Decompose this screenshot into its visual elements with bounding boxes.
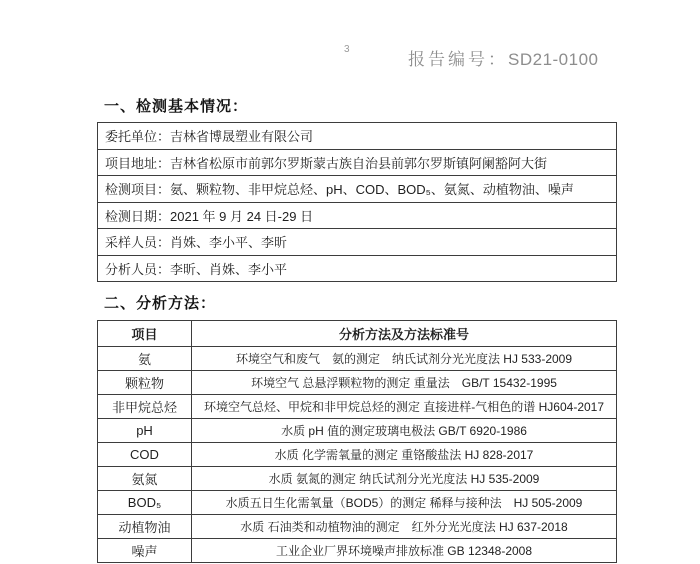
table-row: BOD₅ 水质五日生化需氧量（BOD5）的测定 稀释与接种法 HJ 505-20… [98, 491, 617, 515]
section-analysis-methods-heading: 二、分析方法： [104, 292, 216, 313]
analysis-methods-table: 项目 分析方法及方法标准号 氨 环境空气和废气 氨的测定 纳氏试剂分光光度法 H… [97, 320, 617, 563]
table-row: 噪声 工业企业厂界环境噪声排放标准 GB 12348-2008 [98, 539, 617, 563]
table-row: 氨 环境空气和废气 氨的测定 纳氏试剂分光光度法 HJ 533-2009 [98, 347, 617, 371]
table-row: 项目地址：吉林省松原市前郭尔罗斯蒙古族自治县前郭尔罗斯镇阿阑豁阿大街 [98, 149, 617, 176]
basic-info-cell: 采样人员：肖姝、李小平、李昕 [98, 229, 617, 256]
method-item-cell: 噪声 [98, 539, 192, 563]
table-row: 检测项目：氨、颗粒物、非甲烷总烃、pH、COD、BOD₅、氨氮、动植物油、噪声 [98, 176, 617, 203]
method-item-cell: 颗粒物 [98, 371, 192, 395]
basic-info-cell: 检测项目：氨、颗粒物、非甲烷总烃、pH、COD、BOD₅、氨氮、动植物油、噪声 [98, 176, 617, 203]
table-row: COD 水质 化学需氧量的测定 重铬酸盐法 HJ 828-2017 [98, 443, 617, 467]
method-item-cell: pH [98, 419, 192, 443]
basic-info-table: 委托单位：吉林省博晟塑业有限公司 项目地址：吉林省松原市前郭尔罗斯蒙古族自治县前… [97, 122, 617, 282]
table-row: 检测日期：2021 年 9 月 24 日-29 日 [98, 202, 617, 229]
method-item-cell: COD [98, 443, 192, 467]
method-desc-cell: 水质 氨氮的测定 纳氏试剂分光光度法 HJ 535-2009 [192, 467, 617, 491]
method-item-cell: 非甲烷总烃 [98, 395, 192, 419]
method-item-cell: 动植物油 [98, 515, 192, 539]
table-row: 委托单位：吉林省博晟塑业有限公司 [98, 123, 617, 150]
table-row: 氨氮 水质 氨氮的测定 纳氏试剂分光光度法 HJ 535-2009 [98, 467, 617, 491]
section-basic-info-heading: 一、检测基本情况： [104, 95, 248, 116]
method-desc-cell: 环境空气 总悬浮颗粒物的测定 重量法 GB/T 15432-1995 [192, 371, 617, 395]
method-desc-cell: 环境空气和废气 氨的测定 纳氏试剂分光光度法 HJ 533-2009 [192, 347, 617, 371]
report-page: 3 报告编号：SD21-0100 一、检测基本情况： 委托单位：吉林省博晟塑业有… [0, 0, 700, 564]
basic-info-cell: 项目地址：吉林省松原市前郭尔罗斯蒙古族自治县前郭尔罗斯镇阿阑豁阿大街 [98, 149, 617, 176]
methods-header-method: 分析方法及方法标准号 [192, 321, 617, 347]
table-row: 采样人员：肖姝、李小平、李昕 [98, 229, 617, 256]
basic-info-cell: 检测日期：2021 年 9 月 24 日-29 日 [98, 202, 617, 229]
table-row: 分析人员：李昕、肖姝、李小平 [98, 255, 617, 282]
report-number-label: 报告编号： [408, 50, 508, 69]
method-desc-cell: 水质 化学需氧量的测定 重铬酸盐法 HJ 828-2017 [192, 443, 617, 467]
method-item-cell: 氨氮 [98, 467, 192, 491]
table-row: 颗粒物 环境空气 总悬浮颗粒物的测定 重量法 GB/T 15432-1995 [98, 371, 617, 395]
table-row: pH 水质 pH 值的测定玻璃电极法 GB/T 6920-1986 [98, 419, 617, 443]
method-item-cell: BOD₅ [98, 491, 192, 515]
method-desc-cell: 水质五日生化需氧量（BOD5）的测定 稀释与接种法 HJ 505-2009 [192, 491, 617, 515]
table-row: 非甲烷总烃 环境空气总烃、甲烷和非甲烷总烃的测定 直接进样-气相色的谱 HJ60… [98, 395, 617, 419]
method-desc-cell: 工业企业厂界环境噪声排放标准 GB 12348-2008 [192, 539, 617, 563]
method-desc-cell: 环境空气总烃、甲烷和非甲烷总烃的测定 直接进样-气相色的谱 HJ604-2017 [192, 395, 617, 419]
page-number: 3 [344, 44, 350, 55]
basic-info-cell: 委托单位：吉林省博晟塑业有限公司 [98, 123, 617, 150]
report-number: 报告编号：SD21-0100 [408, 45, 599, 70]
table-row: 动植物油 水质 石油类和动植物油的测定 红外分光光度法 HJ 637-2018 [98, 515, 617, 539]
method-desc-cell: 水质 石油类和动植物油的测定 红外分光光度法 HJ 637-2018 [192, 515, 617, 539]
table-header-row: 项目 分析方法及方法标准号 [98, 321, 617, 347]
methods-header-item: 项目 [98, 321, 192, 347]
basic-info-cell: 分析人员：李昕、肖姝、李小平 [98, 255, 617, 282]
method-item-cell: 氨 [98, 347, 192, 371]
method-desc-cell: 水质 pH 值的测定玻璃电极法 GB/T 6920-1986 [192, 419, 617, 443]
report-number-value: SD21-0100 [508, 50, 599, 69]
